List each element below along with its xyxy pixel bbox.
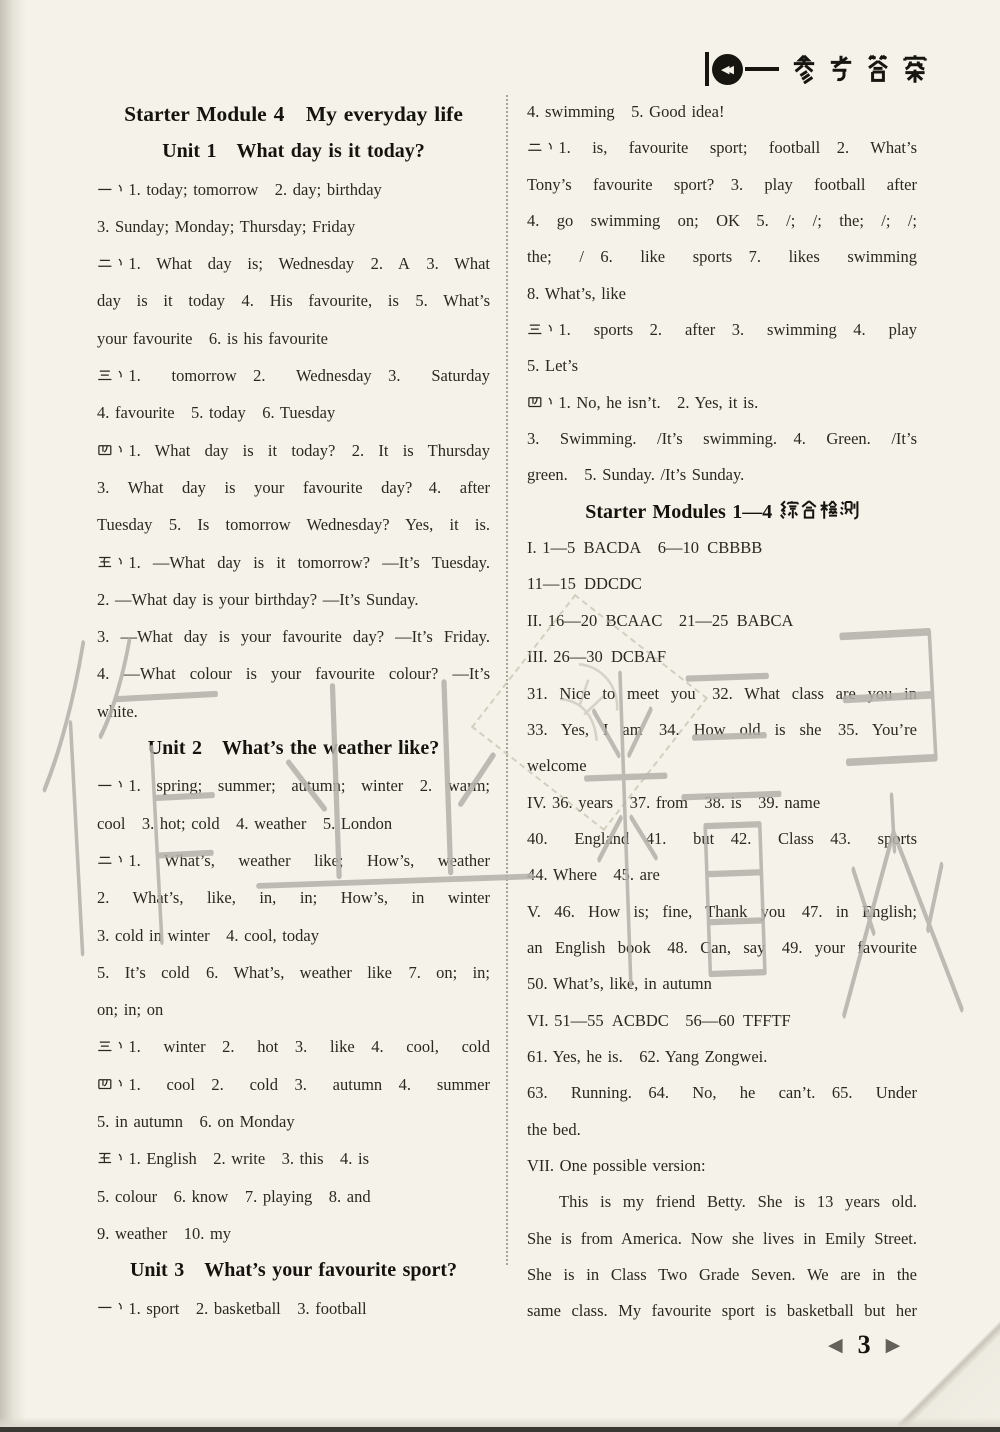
answer-line: 44. Where 45. are <box>527 857 917 893</box>
cjk-glyph <box>97 1299 113 1315</box>
answer-line: 4. favourite 5. today 6. Tuesday <box>97 394 490 431</box>
header-title <box>789 54 930 84</box>
answer-line: 3. cold in winter 4. cool, today <box>97 917 490 954</box>
answer-line: the bed. <box>527 1112 917 1148</box>
answer-line: 1. tomorrow 2. Wednesday 3. Saturday <box>97 357 490 394</box>
cjk-glyph <box>527 139 543 155</box>
answer-line: 1. What day is; Wednesday 2. A 3. What <box>97 245 490 282</box>
cjk-glyph <box>799 500 819 520</box>
cjk-glyph <box>113 255 129 271</box>
cjk-glyph <box>113 554 129 570</box>
answer-line: 1. sport 2. basketball 3. football <box>97 1290 490 1327</box>
cjk-glyph <box>113 1038 129 1054</box>
section-heading: Unit 2 What’s the weather like? <box>97 730 490 767</box>
header-rule <box>705 52 709 86</box>
answer-line: 3. —What day is your favourite day? —It’… <box>97 618 490 655</box>
cjk-glyph <box>113 1150 129 1166</box>
section-heading: Starter Modules 1—4 <box>527 494 917 530</box>
cjk-glyph <box>113 852 129 868</box>
cjk-glyph <box>863 54 893 84</box>
answer-line: Tony’s favourite sport? 3. play football… <box>527 167 917 203</box>
answer-line: 1. cool 2. cold 3. autumn 4. summer <box>97 1066 490 1103</box>
answer-line: 5. It’s cold 6. What’s, weather like 7. … <box>97 954 490 991</box>
answer-line: 1. winter 2. hot 3. like 4. cool, cold <box>97 1028 490 1065</box>
answer-line: 1. today; tomorrow 2. day; birthday <box>97 171 490 208</box>
answer-line: 3. What day is your favourite day? 4. af… <box>97 469 490 506</box>
page-header: ◀◀ <box>705 52 930 86</box>
cjk-glyph <box>97 1076 113 1092</box>
answer-line: 50. What’s, like, in autumn <box>527 966 917 1002</box>
answer-line: 5. Let’s <box>527 348 917 384</box>
cjk-glyph <box>113 181 129 197</box>
answer-line: same class. My favourite sport is basket… <box>527 1293 917 1329</box>
answer-line: day is it today 4. His favourite, is 5. … <box>97 282 490 319</box>
cjk-glyph <box>113 1076 129 1092</box>
answer-line: She is in Class Two Grade Seven. We are … <box>527 1257 917 1293</box>
page-bottom-edge-light <box>0 1417 1000 1427</box>
cjk-glyph <box>819 500 839 520</box>
answer-line: cool 3. hot; cold 4. weather 5. London <box>97 805 490 842</box>
answer-line: 4. —What colour is your favourite colour… <box>97 655 490 692</box>
answers-left-column: Starter Module 4 My everyday lifeUnit 1 … <box>97 96 490 1327</box>
rewind-icon-triangles: ◀◀ <box>721 64 734 75</box>
section-heading: Unit 1 What day is it today? <box>97 133 490 170</box>
page-left-edge-shadow <box>0 0 26 1432</box>
cjk-glyph <box>789 54 819 84</box>
answer-line: green. 5. Sunday. /It’s Sunday. <box>527 457 917 493</box>
page-bottom-edge <box>0 1427 1000 1432</box>
cjk-glyph <box>779 500 799 520</box>
answer-line: an English book 48. Can, say 49. your fa… <box>527 930 917 966</box>
cjk-glyph <box>543 321 559 337</box>
prev-page-arrow-icon[interactable]: ◀ <box>828 1336 843 1355</box>
answer-line: V. 46. How is; fine, Thank you 47. in En… <box>527 894 917 930</box>
section-heading: Unit 3 What’s your favourite sport? <box>97 1252 490 1289</box>
cjk-glyph <box>97 1150 113 1166</box>
answer-line: 1. English 2. write 3. this 4. is <box>97 1140 490 1177</box>
answer-line: 5. colour 6. know 7. playing 8. and <box>97 1178 490 1215</box>
cjk-glyph <box>97 181 113 197</box>
answer-line: 1. —What day is it tomorrow? —It’s Tuesd… <box>97 544 490 581</box>
cjk-glyph <box>900 54 930 84</box>
answer-line: the; / 6. like sports 7. likes swimming <box>527 239 917 275</box>
cjk-glyph <box>543 394 559 410</box>
answer-line: 61. Yes, he is. 62. Yang Zongwei. <box>527 1039 917 1075</box>
answer-line: I. 1—5 BACDA 6—10 CBBBB <box>527 530 917 566</box>
cjk-glyph <box>113 777 129 793</box>
answer-line: 3. Swimming. /It’s swimming. 4. Green. /… <box>527 421 917 457</box>
cjk-glyph <box>97 1038 113 1054</box>
cjk-glyph <box>527 321 543 337</box>
answer-line: 40. England 41. but 42. Class 43. sports <box>527 821 917 857</box>
answer-line: 2. —What day is your birthday? —It’s Sun… <box>97 581 490 618</box>
answer-line: 5. in autumn 6. on Monday <box>97 1103 490 1140</box>
answer-line: 3. Sunday; Monday; Thursday; Friday <box>97 208 490 245</box>
answer-line: 1. What day is it today? 2. It is Thursd… <box>97 432 490 469</box>
cjk-glyph <box>97 554 113 570</box>
next-page-arrow-icon[interactable]: ▶ <box>886 1336 901 1355</box>
cjk-glyph <box>97 442 113 458</box>
corner-fold <box>870 1302 1000 1432</box>
answer-line: 1. spring; summer; autumn; winter 2. war… <box>97 767 490 804</box>
cjk-glyph <box>97 777 113 793</box>
cjk-glyph <box>113 367 129 383</box>
answer-line: your favourite 6. is his favourite <box>97 320 490 357</box>
cjk-glyph <box>826 54 856 84</box>
section-heading: Starter Module 4 My everyday life <box>97 96 490 133</box>
answer-line: 4. go swimming on; OK 5. /; /; the; /; /… <box>527 203 917 239</box>
answer-line: 1. is, favourite sport; football 2. What… <box>527 130 917 166</box>
header-dash <box>745 67 779 71</box>
answer-line: on; in; on <box>97 991 490 1028</box>
answer-line: 1. What’s, weather like; How’s, weather <box>97 842 490 879</box>
answer-line: 8. What’s, like <box>527 276 917 312</box>
answer-line: VI. 51—55 ACBDC 56—60 TFFTF <box>527 1003 917 1039</box>
answer-line: She is from America. Now she lives in Em… <box>527 1221 917 1257</box>
cjk-glyph <box>97 852 113 868</box>
answer-line: This is my friend Betty. She is 13 years… <box>527 1184 917 1220</box>
page-footer: ◀ 3 ▶ <box>828 1332 900 1358</box>
cjk-glyph <box>839 500 859 520</box>
answer-line: 1. sports 2. after 3. swimming 4. play <box>527 312 917 348</box>
page-number: 3 <box>858 1332 871 1358</box>
cjk-glyph <box>527 394 543 410</box>
rewind-icon: ◀◀ <box>712 54 743 85</box>
cjk-glyph <box>543 139 559 155</box>
answer-line: VII. One possible version: <box>527 1148 917 1184</box>
answer-line: Tuesday 5. Is tomorrow Wednesday? Yes, i… <box>97 506 490 543</box>
answer-line: 2. What’s, like, in, in; How’s, in winte… <box>97 879 490 916</box>
answer-line: 4. swimming 5. Good idea! <box>527 94 917 130</box>
answer-line: 63. Running. 64. No, he can’t. 65. Under <box>527 1075 917 1111</box>
answer-line: 1. No, he isn’t. 2. Yes, it is. <box>527 385 917 421</box>
cjk-glyph <box>113 1299 129 1315</box>
cjk-glyph <box>97 367 113 383</box>
answer-line: white. <box>97 693 490 730</box>
answer-line: 11—15 DDCDC <box>527 566 917 602</box>
scanned-answer-page: ◀◀ Starter Module 4 My everyday lifeUnit… <box>0 0 1000 1432</box>
cjk-glyph <box>113 442 129 458</box>
cjk-glyph <box>97 255 113 271</box>
answer-line: 9. weather 10. my <box>97 1215 490 1252</box>
